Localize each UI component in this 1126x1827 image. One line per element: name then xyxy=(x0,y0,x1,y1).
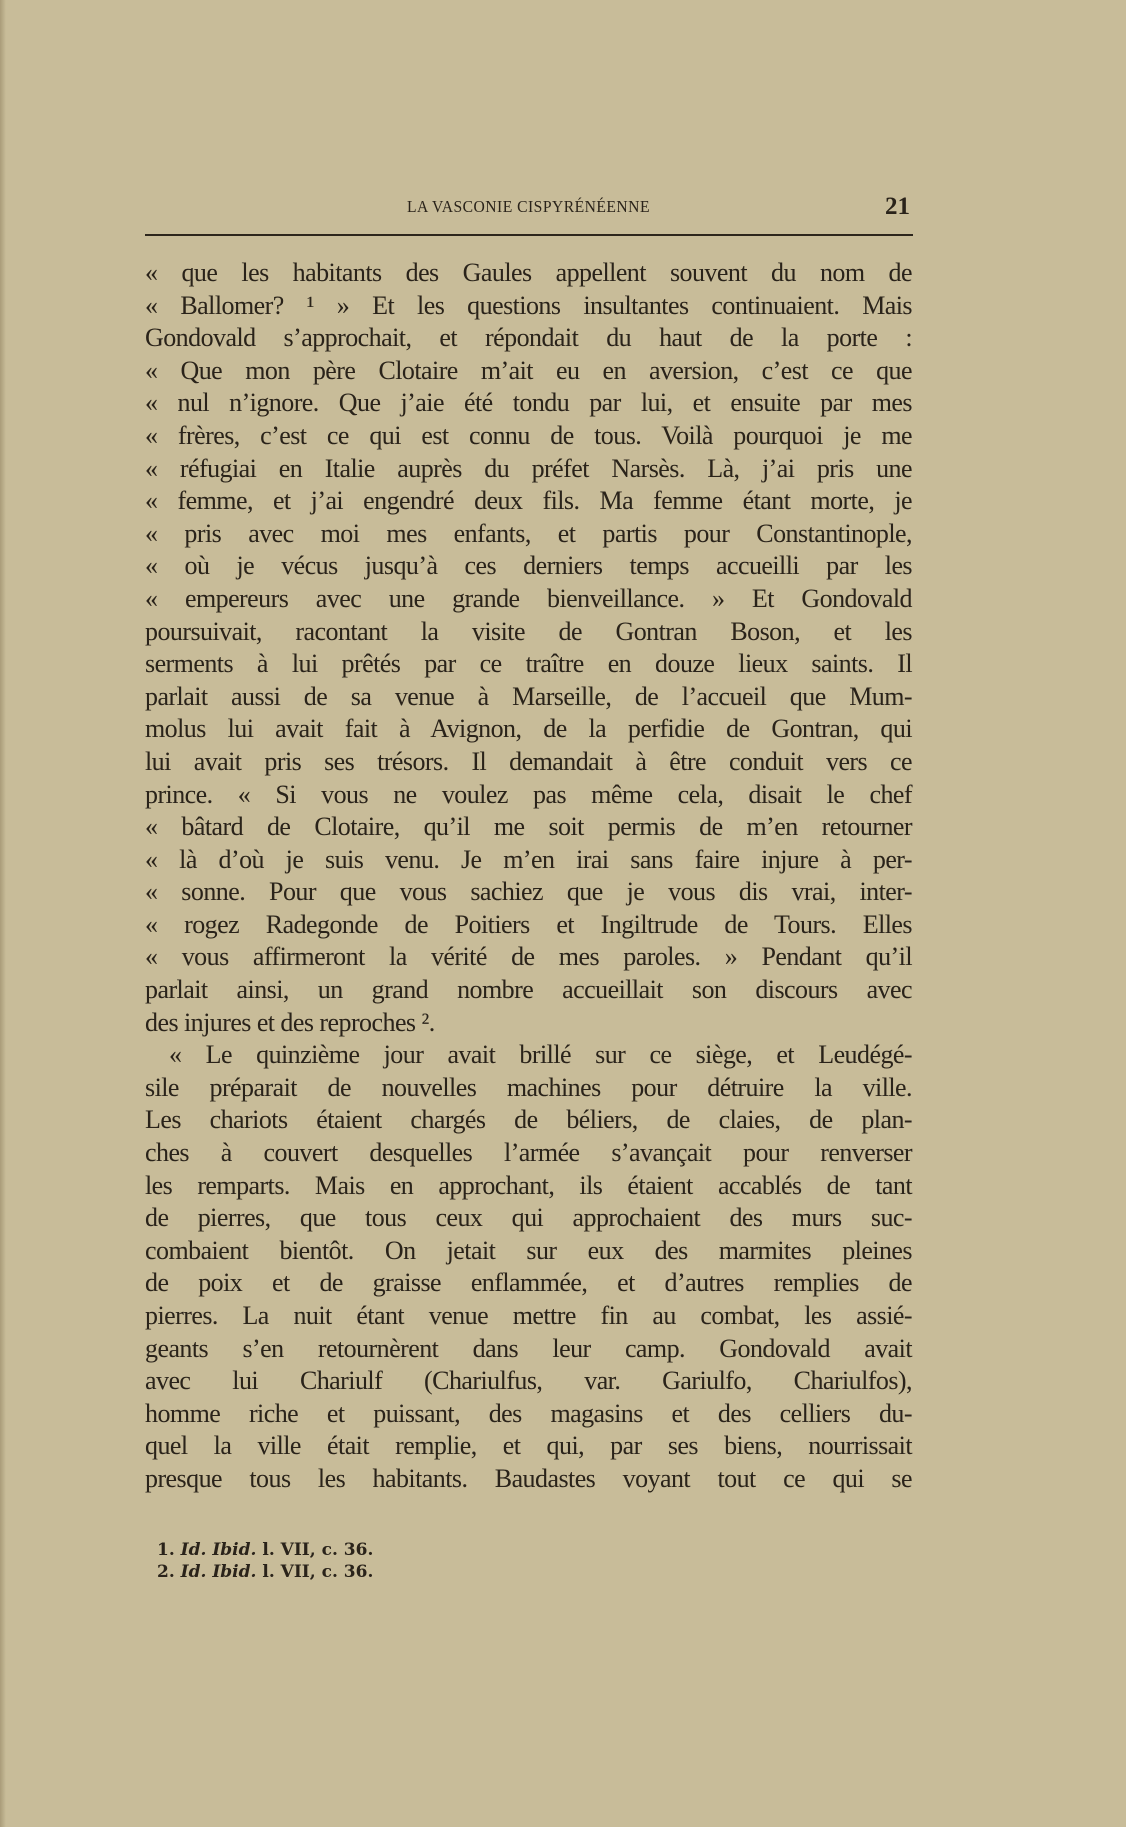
text-line: serments à lui prêtés par ce traître en … xyxy=(145,648,912,681)
footnote-reference: l. VII, c. 36. xyxy=(256,1562,373,1582)
text-line: « vous affirmeront la vérité de mes paro… xyxy=(145,941,912,974)
header-rule xyxy=(145,234,913,236)
footnote-source: Id. Ibid. xyxy=(181,1562,257,1582)
text-line: prince. « Si vous ne voulez pas même cel… xyxy=(145,779,912,812)
footnote-number: 2. xyxy=(157,1562,175,1582)
text-line: avec lui Chariulf (Chariulfus, var. Gari… xyxy=(145,1365,912,1398)
text-line: presque tous les habitants. Baudastes vo… xyxy=(145,1463,912,1496)
text-line: « là d’où je suis venu. Je m’en irai san… xyxy=(145,844,912,877)
text-line: poursuivait, racontant la visite de Gont… xyxy=(145,616,912,649)
text-line: « que les habitants des Gaules appellent… xyxy=(145,257,912,290)
page-edge xyxy=(0,0,6,1827)
footnotes: 1. Id. Ibid. l. VII, c. 36. 2. Id. Ibid.… xyxy=(157,1539,373,1583)
running-head: LA VASCONIE CISPYRÉNÉENNE 21 xyxy=(145,193,912,223)
text-line: quel la ville était remplie, et qui, par… xyxy=(145,1430,912,1463)
text-line: homme riche et puissant, des magasins et… xyxy=(145,1398,912,1431)
footnote-number: 1. xyxy=(157,1540,175,1560)
text-line: « frères, c’est ce qui est connu de tous… xyxy=(145,420,912,453)
text-line: geants s’en retournèrent dans leur camp.… xyxy=(145,1333,912,1366)
text-line: « empereurs avec une grande bienveillanc… xyxy=(145,583,912,616)
text-line: sile préparait de nouvelles machines pou… xyxy=(145,1072,912,1105)
text-line: des injures et des reproches ². xyxy=(145,1007,912,1040)
footnote-source: Id. Ibid. xyxy=(181,1540,257,1560)
text-line: ches à couvert desquelles l’armée s’avan… xyxy=(145,1137,912,1170)
text-line: « nul n’ignore. Que j’aie été tondu par … xyxy=(145,387,912,420)
text-line: molus lui avait fait à Avignon, de la pe… xyxy=(145,713,912,746)
page-number: 21 xyxy=(885,193,910,221)
text-line: « sonne. Pour que vous sachiez que je vo… xyxy=(145,876,912,909)
text-line: « Que mon père Clotaire m’ait eu en aver… xyxy=(145,355,912,388)
text-line: « femme, et j’ai engendré deux fils. Ma … xyxy=(145,485,912,518)
text-line: les remparts. Mais en approchant, ils ét… xyxy=(145,1170,912,1203)
text-line: pierres. La nuit étant venue mettre fin … xyxy=(145,1300,912,1333)
text-line: parlait aussi de sa venue à Marseille, d… xyxy=(145,681,912,714)
text-line: « réfugiai en Italie auprès du préfet Na… xyxy=(145,453,912,486)
body-text: « que les habitants des Gaules appellent… xyxy=(145,257,912,1496)
footnote-reference: l. VII, c. 36. xyxy=(256,1540,373,1560)
text-line: de pierres, que tous ceux qui approchaie… xyxy=(145,1202,912,1235)
text-line: lui avait pris ses trésors. Il demandait… xyxy=(145,746,912,779)
text-line: Gondovald s’approchait, et répondait du … xyxy=(145,322,912,355)
text-line: « rogez Radegonde de Poitiers et Ingiltr… xyxy=(145,909,912,942)
text-line: parlait ainsi, un grand nombre accueilla… xyxy=(145,974,912,1007)
text-line: « Ballomer? ¹ » Et les questions insulta… xyxy=(145,290,912,323)
text-line: Les chariots étaient chargés de béliers,… xyxy=(145,1104,912,1137)
text-line: combaient bientôt. On jetait sur eux des… xyxy=(145,1235,912,1268)
text-line: de poix et de graisse enflammée, et d’au… xyxy=(145,1267,912,1300)
text-line: « Le quinzième jour avait brillé sur ce … xyxy=(145,1039,912,1072)
footnote-1: 1. Id. Ibid. l. VII, c. 36. xyxy=(157,1539,373,1561)
running-title: LA VASCONIE CISPYRÉNÉENNE xyxy=(176,197,882,217)
footnote-2: 2. Id. Ibid. l. VII, c. 36. xyxy=(157,1561,373,1583)
text-line: « pris avec moi mes enfants, et partis p… xyxy=(145,518,912,551)
text-line: « bâtard de Clotaire, qu’il me soit perm… xyxy=(145,811,912,844)
text-line: « où je vécus jusqu’à ces derniers temps… xyxy=(145,550,912,583)
